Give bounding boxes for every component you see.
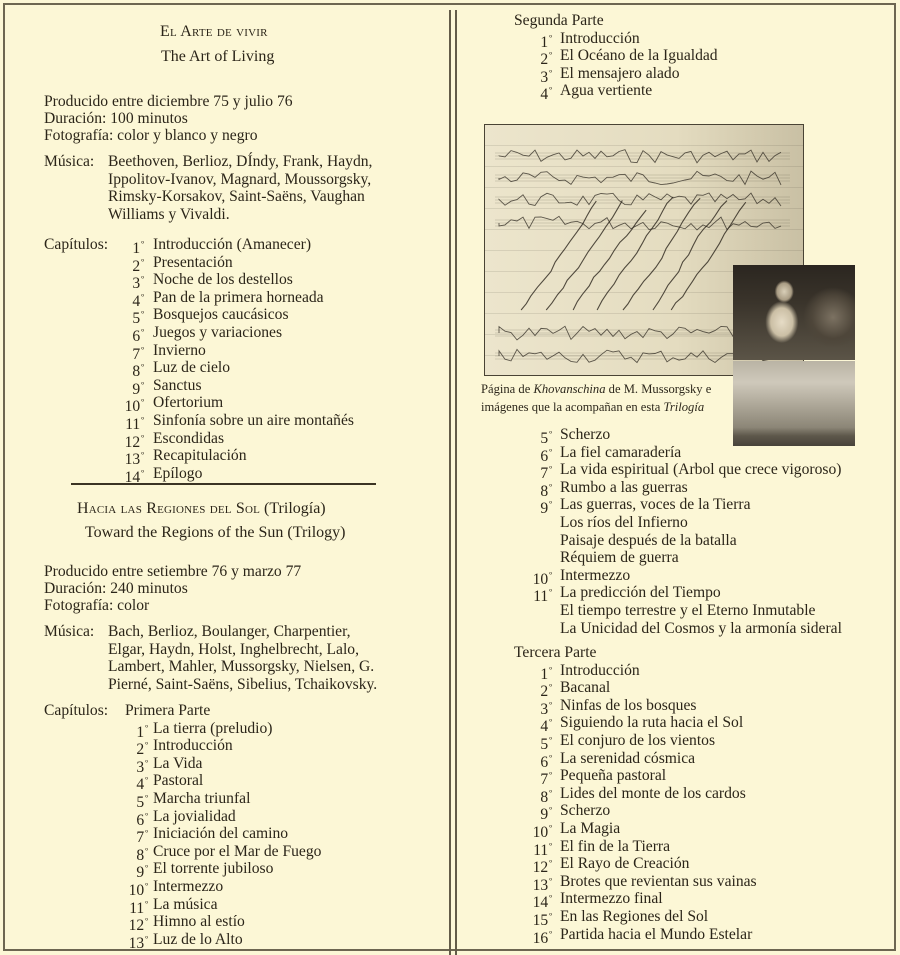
chapter-title: La tierra (preludio) bbox=[153, 720, 273, 737]
chapter-title: Las guerras, voces de la Tierra bbox=[560, 496, 751, 513]
chapter-title: La predicción del Tiempo bbox=[560, 584, 721, 601]
chapter-number: 4º bbox=[518, 82, 552, 103]
chapter-item: 9ºLas guerras, voces de la Tierra bbox=[518, 496, 552, 517]
chapter-title: Juegos y variaciones bbox=[153, 324, 282, 341]
chapter-title: Introducción bbox=[153, 737, 233, 754]
chapter-title: Scherzo bbox=[560, 802, 610, 819]
chapter-title: Himno al estío bbox=[153, 913, 245, 930]
section1-chapters-label: Capítulos: bbox=[44, 236, 108, 253]
chapter-item: 11ºLa predicción del Tiempo bbox=[518, 584, 552, 605]
chapter-number: 11º bbox=[518, 584, 552, 605]
figure-caption-line2: imágenes que la acompañan en esta Trilog… bbox=[481, 398, 704, 416]
music-line: Elgar, Haydn, Holst, Inghelbrecht, Lalo, bbox=[108, 641, 359, 658]
chapter-title: Pan de la primera horneada bbox=[153, 289, 324, 306]
caption-work-title: Khovanschina bbox=[533, 382, 605, 396]
chapter-title: Luz de cielo bbox=[153, 359, 230, 376]
section2-music-label: Música: bbox=[44, 623, 94, 640]
chapter-title: El mensajero alado bbox=[560, 65, 680, 82]
chapter-title: Pequeña pastoral bbox=[560, 767, 666, 784]
portrait-photo bbox=[733, 265, 855, 360]
chapter-title: Intermezzo bbox=[560, 567, 630, 584]
music-line: Ippolitov-Ivanov, Magnard, Moussorgsky, bbox=[108, 171, 371, 188]
section2-title-suffix: (Trilogía) bbox=[264, 500, 326, 517]
chapter-title: Bacanal bbox=[560, 679, 610, 696]
chapter-subtitle: Réquiem de guerra bbox=[560, 549, 679, 566]
chapter-title: Introducción (Amanecer) bbox=[153, 236, 311, 253]
chapter-title: Intermezzo bbox=[153, 878, 223, 895]
chapter-title: Scherzo bbox=[560, 426, 610, 443]
chapter-item: 16ºPartida hacia el Mundo Estelar bbox=[518, 926, 552, 947]
chapter-title: Sanctus bbox=[153, 377, 202, 394]
part-heading: Primera Parte bbox=[125, 702, 210, 719]
chapter-title: La música bbox=[153, 896, 218, 913]
section2-produced: Producido entre setiembre 76 y marzo 77 bbox=[44, 563, 301, 580]
chapter-number: 9º bbox=[518, 496, 552, 517]
section1-title: El Arte de vivir bbox=[160, 23, 268, 40]
chapter-subtitle: Paisaje después de la batalla bbox=[560, 532, 737, 549]
section-divider-rule bbox=[71, 483, 376, 485]
chapter-item: 13ºLuz de lo Alto bbox=[114, 931, 148, 952]
music-line: Beethoven, Berlioz, DÍndy, Frank, Haydn, bbox=[108, 153, 372, 170]
chapter-title: Bosquejos caucásicos bbox=[153, 306, 289, 323]
chapter-title: Luz de lo Alto bbox=[153, 931, 243, 948]
caption-trilogy: Trilogía bbox=[664, 400, 705, 414]
part-heading: Segunda Parte bbox=[514, 12, 604, 29]
chapter-title: Siguiendo la ruta hacia el Sol bbox=[560, 714, 743, 731]
chapter-title: El conjuro de los vientos bbox=[560, 732, 715, 749]
chapter-title: Presentación bbox=[153, 254, 233, 271]
figure-caption-line1: Página de Khovanschina de M. Mussorgsky … bbox=[481, 380, 711, 398]
chapter-title: Sinfonía sobre un aire montañés bbox=[153, 412, 354, 429]
chapter-title: Rumbo a las guerras bbox=[560, 479, 688, 496]
music-line: Lambert, Mahler, Mussorgsky, Nielsen, G. bbox=[108, 658, 374, 675]
chapter-title: La Magia bbox=[560, 820, 620, 837]
chapter-title: La vida espiritual (Arbol que crece vigo… bbox=[560, 461, 841, 478]
chapter-title: La Vida bbox=[153, 755, 202, 772]
section2-chapters-label: Capítulos: bbox=[44, 702, 108, 719]
chapter-title: Cruce por el Mar de Fuego bbox=[153, 843, 321, 860]
music-line: Bach, Berlioz, Boulanger, Charpentier, bbox=[108, 623, 351, 640]
part-heading: Tercera Parte bbox=[514, 644, 596, 661]
chapter-title: La fiel camaradería bbox=[560, 444, 681, 461]
section1-duration: Duración: 100 minutos bbox=[44, 110, 188, 127]
section1-produced: Producido entre diciembre 75 y julio 76 bbox=[44, 93, 293, 110]
section2-subtitle: Toward the Regions of the Sun (Trilogy) bbox=[85, 524, 346, 541]
landscape-photo bbox=[733, 361, 855, 446]
music-line: Rimsky-Korsakov, Saint-Saëns, Vaughan bbox=[108, 188, 365, 205]
section1-subtitle: The Art of Living bbox=[161, 48, 274, 65]
chapter-title: Intermezzo final bbox=[560, 890, 663, 907]
chapter-subtitle: La Unicidad del Cosmos y la armonía side… bbox=[560, 620, 842, 637]
column-divider bbox=[455, 10, 457, 955]
chapter-item: 4ºAgua vertiente bbox=[518, 82, 552, 103]
section2-title-block: Hacia las Regiones del Sol (Trilogía) bbox=[77, 500, 326, 517]
chapter-number: 13º bbox=[114, 931, 148, 952]
chapter-title: Agua vertiente bbox=[560, 82, 652, 99]
chapter-title: Iniciación del camino bbox=[153, 825, 288, 842]
music-line: Pierné, Saint-Saëns, Sibelius, Tchaikovs… bbox=[108, 676, 377, 693]
section2-photography: Fotografía: color bbox=[44, 597, 149, 614]
chapter-title: Ninfas de los bosques bbox=[560, 697, 696, 714]
section2-title: Hacia las Regiones del Sol bbox=[77, 500, 260, 517]
chapter-title: El torrente jubiloso bbox=[153, 860, 273, 877]
chapter-title: El Rayo de Creación bbox=[560, 855, 689, 872]
chapter-title: Brotes que revientan sus vainas bbox=[560, 873, 757, 890]
section2-duration: Duración: 240 minutos bbox=[44, 580, 188, 597]
chapter-title: La jovialidad bbox=[153, 808, 236, 825]
chapter-title: Escondidas bbox=[153, 430, 224, 447]
chapter-title: Partida hacia el Mundo Estelar bbox=[560, 926, 752, 943]
chapter-title: Noche de los destellos bbox=[153, 271, 293, 288]
chapter-subtitle: El tiempo terrestre y el Eterno Inmutabl… bbox=[560, 602, 815, 619]
chapter-title: La serenidad cósmica bbox=[560, 750, 695, 767]
chapter-number: 16º bbox=[518, 926, 552, 947]
section1-photography: Fotografía: color y blanco y negro bbox=[44, 127, 258, 144]
section1-music-label: Música: bbox=[44, 153, 94, 170]
chapter-title: Lides del monte de los cardos bbox=[560, 785, 746, 802]
chapter-title: Recapitulación bbox=[153, 447, 247, 464]
chapter-title: En las Regiones del Sol bbox=[560, 908, 708, 925]
chapter-title: Invierno bbox=[153, 342, 206, 359]
music-line: Williams y Vivaldi. bbox=[108, 206, 230, 223]
column-divider bbox=[449, 10, 451, 955]
chapter-title: Introducción bbox=[560, 662, 640, 679]
chapter-title: Marcha triunfal bbox=[153, 790, 250, 807]
chapter-title: El fin de la Tierra bbox=[560, 838, 670, 855]
chapter-title: Epílogo bbox=[153, 465, 202, 482]
chapter-title: El Océano de la Igualdad bbox=[560, 47, 718, 64]
chapter-title: Pastoral bbox=[153, 772, 203, 789]
chapter-title: Ofertorium bbox=[153, 394, 223, 411]
chapter-title: Introducción bbox=[560, 30, 640, 47]
chapter-subtitle: Los ríos del Infierno bbox=[560, 514, 688, 531]
